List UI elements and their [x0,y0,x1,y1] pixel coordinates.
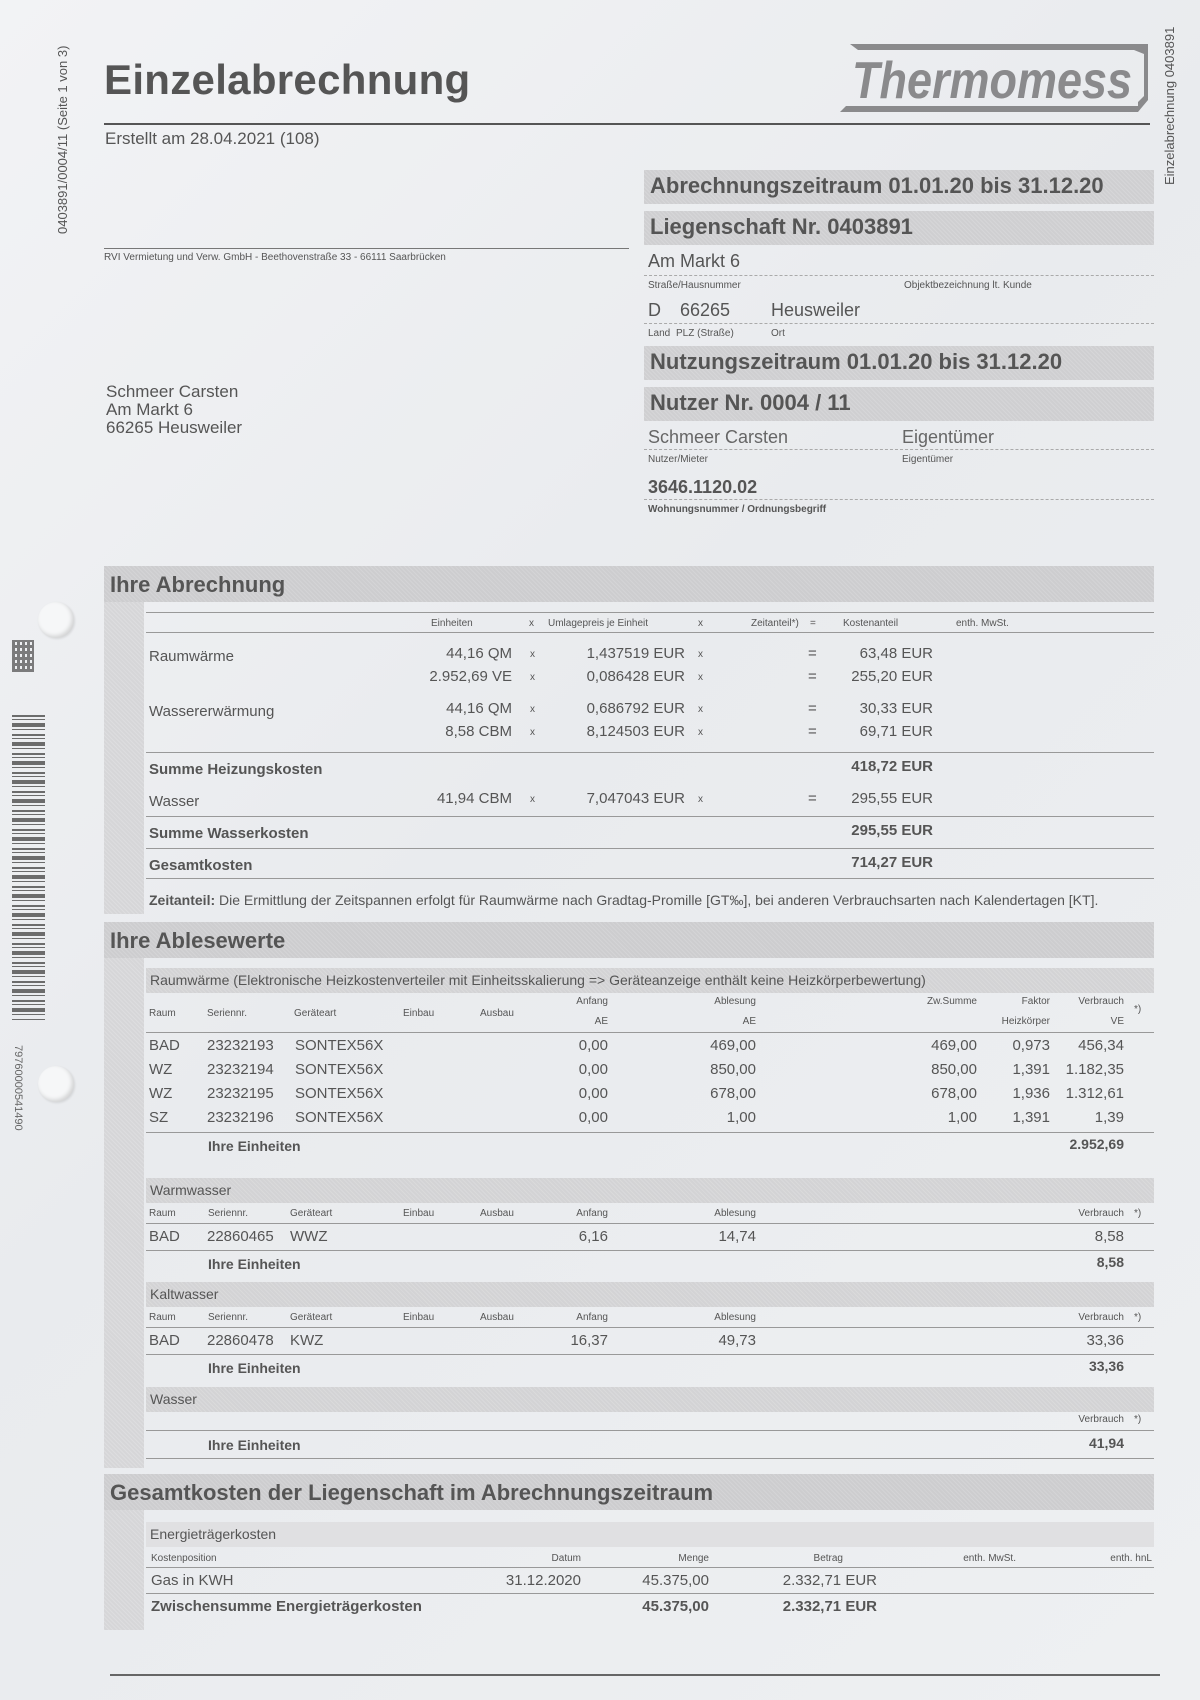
energy-subtotal-value: 2.332,71 EUR [760,1598,877,1615]
object-label: Objektbezeichnung lt. Kunde [904,280,1032,291]
water-label: Wasser [149,793,199,810]
reading-value: 469,00 [680,1037,756,1054]
page-reference-vertical: 0403891/0004/11 (Seite 1 von 3) [55,46,70,234]
cost-amount: 45.375,00 [620,1572,709,1589]
sum-water-value: 295,55 EUR [790,822,933,839]
water-units: 41,94 CBM [380,790,512,807]
mult-sign: x [530,649,535,660]
billing-row-units: 44,16 QM [380,700,512,717]
sum-water-label: Summe Wasserkosten [149,825,309,842]
total-value: 714,27 EUR [790,854,933,871]
room: SZ [149,1109,168,1126]
consumption-value: 1,39 [1050,1109,1124,1126]
property-info: Abrechnungszeitraum 01.01.20 bis 31.12.2… [644,170,1154,518]
zip-label: PLZ (Straße) [676,328,734,339]
warm-water-total: 8,58 [1030,1254,1124,1270]
apartment-row: 3646.1120.02 [644,470,1154,500]
consumption-value: 33,36 [1050,1332,1124,1349]
col-price: Umlagepreis je Einheit [548,618,648,629]
mult-sign: x [530,672,535,683]
recipient-street: Am Markt 6 [106,401,242,419]
user-row: Schmeer Carsten Eigentümer [644,421,1154,450]
serial-number: 23232196 [207,1109,274,1126]
serial-number: 22860478 [207,1332,274,1349]
datamatrix-code-icon [12,640,34,672]
start-value: 0,00 [530,1109,608,1126]
property-city: Heusweiler [771,300,860,321]
device-type: KWZ [290,1332,323,1349]
billing-row-cost: 69,71 EUR [790,723,933,740]
billing-row-label: Raumwärme [149,648,234,665]
sum-heating-label: Summe Heizungskosten [149,761,322,778]
mult-sign: x [698,649,703,660]
serial-number: 23232194 [207,1061,274,1078]
subtotal-value: 469,00 [880,1037,977,1054]
device-type: SONTEX56X [295,1061,383,1078]
cold-water-total: 33,36 [1030,1358,1124,1374]
total-label: Gesamtkosten [149,857,252,874]
reading-value: 1,00 [680,1109,756,1126]
recipient-name: Schmeer Carsten [106,383,242,401]
punch-hole-icon [38,1066,74,1102]
heating-units-total: 2.952,69 [1030,1136,1124,1152]
user-number: Nutzer Nr. 0004 / 11 [644,387,1154,421]
device-type: SONTEX56X [295,1085,383,1102]
consumption-value: 1.312,61 [1050,1085,1124,1102]
subtotal-value: 678,00 [880,1085,977,1102]
reading-value: 49,73 [680,1332,756,1349]
billing-row-cost: 30,33 EUR [790,700,933,717]
svg-text:Thermomess: Thermomess [852,52,1132,110]
col-units: Einheiten [431,618,473,629]
street-row: Am Markt 6 [644,245,1154,276]
reading-value: 678,00 [680,1085,756,1102]
readings-section-heading: Ihre Ablesewerte [104,922,1154,958]
sum-heating-value: 418,72 EUR [790,758,933,775]
water-cost: 295,55 EUR [790,790,933,807]
start-value: 0,00 [530,1037,608,1054]
energy-subtotal-label: Zwischensumme Energieträgerkosten [151,1598,422,1615]
heating-readings-title: Raumwärme (Elektronische Heizkostenverte… [146,968,1154,993]
water-total: 41,94 [1030,1435,1124,1451]
property-costs-heading: Gesamtkosten der Liegenschaft im Abrechn… [104,1474,1154,1510]
billing-row-price: 1,437519 EUR [560,645,685,662]
start-value: 0,00 [530,1061,608,1078]
created-date: Erstellt am 28.04.2021 (108) [105,129,320,149]
header-divider [104,123,1150,125]
city-label: Ort [771,328,785,339]
billing-row-units: 8,58 CBM [380,723,512,740]
punch-hole-icon [38,602,74,638]
device-type: WWZ [290,1228,327,1245]
mult-sign: x [698,704,703,715]
country-label: Land [648,328,670,339]
usage-period: Nutzungszeitraum 01.01.20 bis 31.12.20 [644,346,1154,380]
water-price: 7,047043 EUR [560,790,685,807]
serial-number: 22860465 [207,1228,274,1245]
reading-value: 850,00 [680,1061,756,1078]
owner-value: Eigentümer [902,427,994,448]
document-title: Einzelabrechnung [104,56,471,104]
mult-sign: x [530,704,535,715]
user-label: Nutzer/Mieter [648,454,708,465]
device-type: SONTEX56X [295,1037,383,1054]
room: WZ [149,1061,172,1078]
mult-sign: x [698,727,703,738]
mult-sign: x [698,672,703,683]
cost-value: 2.332,71 EUR [760,1572,877,1589]
start-value: 6,16 [530,1228,608,1245]
energy-costs-title: Energieträgerkosten [146,1522,1154,1547]
mult-sign: x [530,727,535,738]
cost-position: Gas in KWH [151,1572,234,1589]
col-cost-share: Kostenanteil [843,618,898,629]
recipient-city: 66265 Heusweiler [106,419,242,437]
serial-number: 23232195 [207,1085,274,1102]
consumption-value: 1.182,35 [1050,1061,1124,1078]
billing-period: Abrechnungszeitraum 01.01.20 bis 31.12.2… [644,170,1154,204]
billing-row-cost: 255,20 EUR [790,668,933,685]
billing-row-units: 44,16 QM [380,645,512,662]
barcode-icon [12,715,45,1020]
col-vat: enth. MwSt. [956,618,1009,629]
property-street: Am Markt 6 [648,251,740,272]
billing-row-price: 0,686792 EUR [560,700,685,717]
room: BAD [149,1228,180,1245]
billing-row-cost: 63,48 EUR [790,645,933,662]
consumption-value: 8,58 [1050,1228,1124,1245]
thermomess-logo: Thermomess [838,42,1150,114]
billing-row-units: 2.952,69 VE [380,668,512,685]
time-share-note: Zeitanteil: Die Ermittlung der Zeitspann… [149,892,1098,908]
factor-value: 1,391 [990,1109,1050,1126]
property-zip: 66265 [680,300,730,321]
consumption-value: 456,34 [1050,1037,1124,1054]
subtotal-value: 1,00 [880,1109,977,1126]
apartment-number: 3646.1120.02 [648,477,757,498]
user-name: Schmeer Carsten [648,427,788,448]
factor-value: 0,973 [990,1037,1050,1054]
location-row: D 66265 Heusweiler [644,294,1154,324]
start-value: 16,37 [530,1332,608,1349]
warm-water-title: Warmwasser [146,1178,1154,1203]
energy-subtotal-amount: 45.375,00 [620,1598,709,1615]
room: WZ [149,1085,172,1102]
document-page: 0403891/0004/11 (Seite 1 von 3) Einzelab… [0,0,1200,1700]
apartment-label: Wohnungsnummer / Ordnungsbegriff [648,504,826,515]
billing-row-price: 8,124503 EUR [560,723,685,740]
property-country: D [648,300,661,321]
room: BAD [149,1037,180,1054]
billing-section-heading: Ihre Abrechnung [104,566,1154,602]
cost-date: 31.12.2020 [480,1572,581,1589]
document-id-vertical: Einzelabrechnung 0403891 [1162,27,1177,185]
device-type: SONTEX56X [295,1109,383,1126]
footer-divider [110,1674,1160,1676]
recipient-address: Schmeer Carsten Am Markt 6 66265 Heuswei… [106,383,242,437]
street-label: Straße/Hausnummer [648,280,741,291]
billing-row-label: Wassererwärmung [149,703,274,720]
billing-row-price: 0,086428 EUR [560,668,685,685]
cold-water-title: Kaltwasser [146,1282,1154,1307]
room: BAD [149,1332,180,1349]
owner-label: Eigentümer [902,454,953,465]
factor-value: 1,391 [990,1061,1050,1078]
subtotal-value: 850,00 [880,1061,977,1078]
water-title: Wasser [146,1387,1154,1412]
start-value: 0,00 [530,1085,608,1102]
serial-number: 23232193 [207,1037,274,1054]
sender-divider [104,248,629,249]
sender-line: RVI Vermietung und Verw. GmbH - Beethove… [104,252,446,263]
property-number: Liegenschaft Nr. 0403891 [644,211,1154,245]
barcode-number: 79760000541490 [12,1045,24,1131]
factor-value: 1,936 [990,1085,1050,1102]
col-time-share: Zeitanteil*) [751,618,799,629]
reading-value: 14,74 [680,1228,756,1245]
